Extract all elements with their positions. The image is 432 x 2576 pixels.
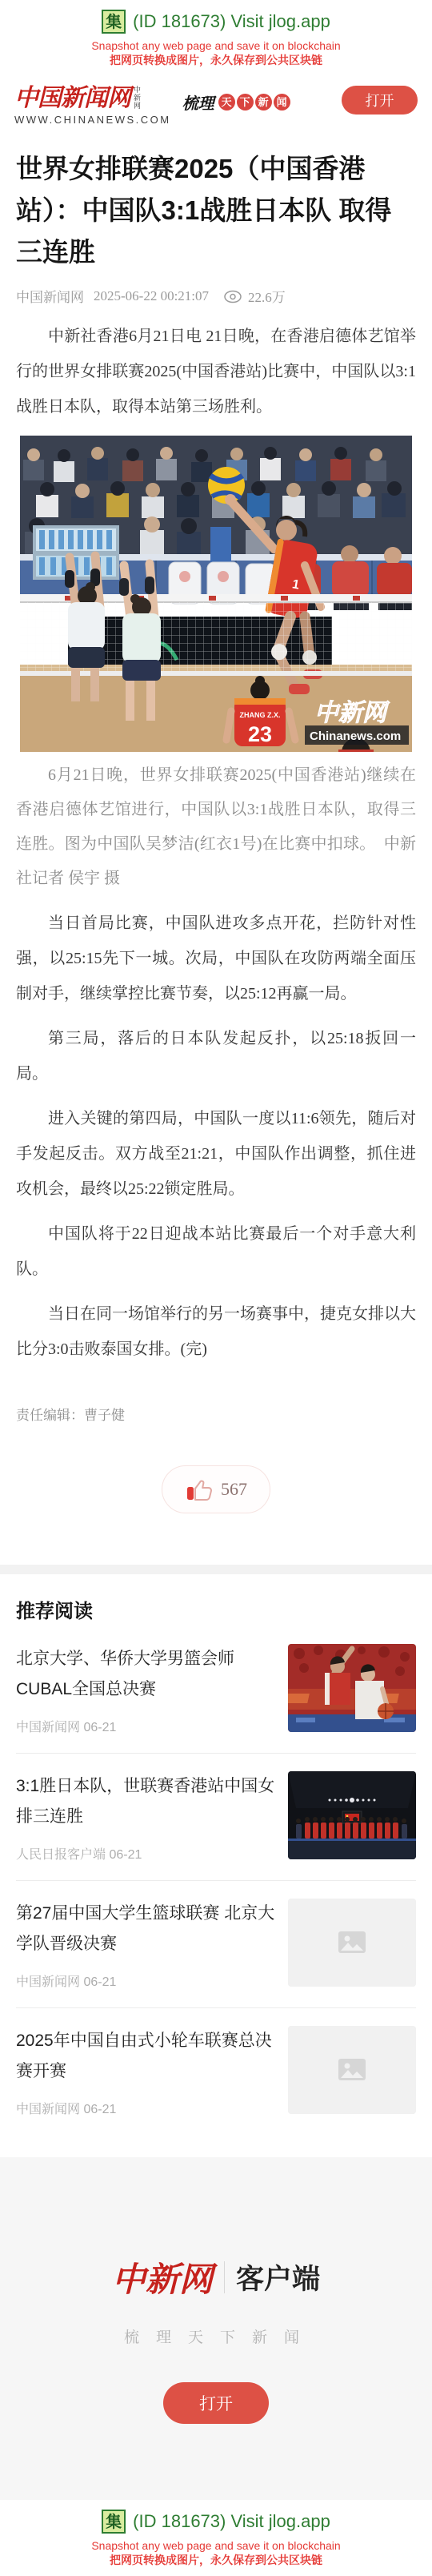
recommended-item[interactable]: 北京大学、华侨大学男篮会师CUBAL全国总决赛 中国新闻网 06-21 xyxy=(16,1626,416,1754)
article-source: 中国新闻网 xyxy=(16,286,84,306)
player23-number-text: 23 xyxy=(248,722,272,746)
footer-client-label: 客户端 xyxy=(236,2257,320,2297)
logo-title: 中国新闻网 xyxy=(14,86,130,111)
banner-subtitle-en: Snapshot any web page and save it on blo… xyxy=(0,38,432,53)
recommended-section: 推荐阅读 北京大学、华侨大学男篮会师CUBAL全国总决赛 中国新闻网 06-21 xyxy=(0,1574,432,2138)
recommended-thumb-arena[interactable] xyxy=(288,1771,416,1859)
logo-vertical-text: 中新网 xyxy=(133,86,141,110)
blockchain-banner-top: 集 (ID 181673) Visit jlog.app Snapshot an… xyxy=(0,0,432,76)
article-paragraph: 当日首局比赛，中国队进攻多点开花，拦防针对性强，以25:15先下一城。次局，中国… xyxy=(16,906,416,1011)
article: 世界女排联赛2025（中国香港站）：中国队3:1战胜日本队 取得三连胜 中国新闻… xyxy=(0,148,432,1513)
article-paragraph: 中新社香港6月21日电 21日晚，在香港启德体艺馆举行的世界女排联赛2025(中… xyxy=(16,319,416,424)
recommended-item-title[interactable]: 北京大学、华侨大学男篮会师CUBAL全国总决赛 xyxy=(16,1644,275,1705)
views-eye-icon xyxy=(223,290,242,303)
section-divider xyxy=(0,1565,432,1574)
article-meta: 中国新闻网 2025-06-22 00:21:07 22.6万 xyxy=(16,286,416,306)
article-photo[interactable]: 1 xyxy=(20,436,412,752)
thumbs-up-icon xyxy=(185,1475,214,1504)
slogan-seal: 下 xyxy=(237,94,254,111)
page: 集 (ID 181673) Visit jlog.app Snapshot an… xyxy=(0,0,432,2576)
recommended-item-source: 中国新闻网 06-21 xyxy=(16,1717,275,1735)
blockchain-banner-bottom: 集 (ID 181673) Visit jlog.app Snapshot an… xyxy=(0,2500,432,2576)
footer-logo-divider xyxy=(224,2261,225,2293)
footer-slogan: 梳理天下新闻 xyxy=(8,2325,432,2347)
article-title: 世界女排联赛2025（中国香港站）：中国队3:1战胜日本队 取得三连胜 xyxy=(16,148,416,273)
slogan-seal: 闻 xyxy=(274,94,290,111)
player23-name-text: ZHANG Z.X. xyxy=(240,711,281,719)
recommended-item-title[interactable]: 2025年中国自由式小轮车联赛总决赛开赛 xyxy=(16,2026,275,2087)
editor-line: 责任编辑：曹子健 xyxy=(16,1404,416,1424)
jlog-link[interactable]: (ID 181673) Visit jlog.app xyxy=(133,11,330,32)
slogan-seal: 天 xyxy=(218,94,235,111)
recommended-title: 推荐阅读 xyxy=(16,1574,416,1626)
like-button[interactable]: 567 xyxy=(162,1465,270,1513)
footer-open-app-button[interactable]: 打开 xyxy=(163,2382,269,2424)
image-placeholder-icon xyxy=(338,1931,366,1953)
footer-logo: 中新网 xyxy=(112,2253,213,2301)
slogan-prefix: 梳理 xyxy=(182,90,214,114)
recommended-item-source: 中国新闻网 06-21 xyxy=(16,1971,275,1990)
like-count: 567 xyxy=(221,1479,247,1500)
article-paragraph: 进入关键的第四局，中国队一度以11:6领先，随后对手发起反击。双方战至21:21… xyxy=(16,1101,416,1207)
open-app-button[interactable]: 打开 xyxy=(342,86,418,115)
photo-watermark-domain: Chinanews.com xyxy=(310,729,401,743)
recommended-thumb-placeholder[interactable] xyxy=(288,2026,416,2114)
recommended-item[interactable]: 第27届中国大学生篮球联赛 北京大学队晋级决赛 中国新闻网 06-21 xyxy=(16,1881,416,2008)
recommended-item[interactable]: 3:1胜日本队，世联赛香港站中国女排三连胜 人民日报客户端 06-21 xyxy=(16,1754,416,1881)
app-download-footer: 中新网 客户端 梳理天下新闻 打开 xyxy=(0,2157,432,2500)
recommended-item-title[interactable]: 3:1胜日本队，世联赛香港站中国女排三连胜 xyxy=(16,1771,275,1832)
article-paragraph: 当日在同一场馆举行的另一场赛事中，捷克女排以大比分3:0击败泰国女排。(完) xyxy=(16,1296,416,1367)
article-paragraph: 第三局，落后的日本队发起反扑，以25:18扳回一局。 xyxy=(16,1021,416,1091)
article-paragraph: 中国队将于22日迎战本站比赛最后一个对手意大利队。 xyxy=(16,1216,416,1287)
jlog-badge-icon: 集 xyxy=(102,10,126,34)
banner-subtitle-zh: 把网页转换成图片，永久保存到公共区块链 xyxy=(0,53,432,68)
volleyball-match-photo: 1 xyxy=(20,436,412,752)
jlog-badge-icon: 集 xyxy=(102,2510,126,2534)
jlog-link[interactable]: (ID 181673) Visit jlog.app xyxy=(133,2511,330,2532)
image-placeholder-icon xyxy=(338,2059,366,2080)
banner-subtitle-zh: 把网页转换成图片，永久保存到公共区块链 xyxy=(0,2553,432,2568)
recommended-thumb-placeholder[interactable] xyxy=(288,1899,416,1987)
photo-caption: 6月21日晚，世界女排联赛2025(中国香港站)继续在香港启德体艺馆进行，中国队… xyxy=(16,758,416,896)
slogan-seal: 新 xyxy=(255,94,272,111)
banner-subtitle-en: Snapshot any web page and save it on blo… xyxy=(0,2538,432,2553)
logo-domain: WWW.CHINANEWS.COM xyxy=(14,114,171,126)
site-logo[interactable]: 中国新闻网 中新网 WWW.CHINANEWS.COM xyxy=(14,86,171,126)
photo-watermark-logo: 中新网 xyxy=(314,699,390,727)
banner-link-row[interactable]: 集 (ID 181673) Visit jlog.app xyxy=(0,10,432,34)
article-view-count: 22.6万 xyxy=(248,286,286,306)
recommended-item-source: 人民日报客户端 06-21 xyxy=(16,1844,275,1863)
banner-link-row[interactable]: 集 (ID 181673) Visit jlog.app xyxy=(0,2510,432,2534)
recommended-item-title[interactable]: 第27届中国大学生篮球联赛 北京大学队晋级决赛 xyxy=(16,1899,275,1959)
recommended-thumb-basketball[interactable] xyxy=(288,1644,416,1732)
site-header: 中国新闻网 中新网 WWW.CHINANEWS.COM 梳理 天 下 新 闻 打… xyxy=(0,76,432,137)
site-slogan: 梳理 天 下 新 闻 xyxy=(182,90,290,114)
recommended-item[interactable]: 2025年中国自由式小轮车联赛总决赛开赛 中国新闻网 06-21 xyxy=(16,2008,416,2135)
article-datetime: 2025-06-22 00:21:07 xyxy=(94,288,209,304)
article-figure: 1 xyxy=(16,436,416,896)
recommended-item-source: 中国新闻网 06-21 xyxy=(16,2099,275,2117)
